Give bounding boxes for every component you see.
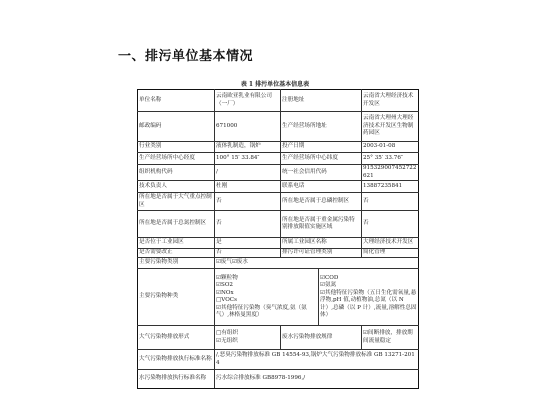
air-discharge-options: □有组织 ☑无组织 [215, 326, 281, 350]
label-cell: 所在地是否属于总磷控制区 [281, 193, 362, 211]
value-cell: 否 [362, 211, 419, 238]
label-cell: 技术负责人 [138, 181, 215, 193]
value-cell: 100° 15′ 33.84″ [215, 153, 281, 165]
air-pollutant-list: ☑颗粒物 ☑SO2 ☑NOx □VOCs ☑其他特征污染物（臭气浓度,氨（氨气）… [215, 269, 319, 325]
value-cell: 云南省大理州大理经济技术开发区生物制药园区 [362, 112, 419, 142]
label-cell: 联系电话 [281, 181, 362, 193]
value-cell: 污水综合排放标准 GB8978-1996,/ [215, 370, 419, 389]
checkbox-waste-gas: ☑废气 [216, 259, 232, 267]
pollutant-types-cell: ☑颗粒物 ☑SO2 ☑NOx □VOCs ☑其他特征污染物（臭气浓度,氨（氨气）… [215, 269, 419, 326]
value-cell: 云南省大理经济技术开发区 [362, 90, 419, 112]
table-row: 生产经营场所中心经度 100° 15′ 33.84″ 生产经营场所中心纬度 25… [138, 153, 419, 165]
label-cell: 所在地是否属于总氮控制区 [138, 211, 215, 238]
value-cell: 是 [215, 238, 281, 249]
label-cell: 是否需要改正 [138, 249, 215, 258]
checkbox-other-air: ☑其他特征污染物（臭气浓度,氨（氨气）,林格曼黑度） [216, 305, 317, 320]
checkbox-vocs: □VOCs [216, 297, 317, 305]
label-cell: 投产日期 [281, 142, 362, 153]
label-cell: 是否位于工业园区 [138, 238, 215, 249]
label-cell: 生产经营场所地址 [281, 112, 362, 142]
label-cell: 废水污染物排放规律 [281, 326, 362, 350]
value-cell: 915329007452722621 [362, 165, 419, 181]
label-cell: 所在地是否属于大气重点控制区 [138, 193, 215, 211]
checkbox-particulates: ☑颗粒物 [216, 275, 317, 283]
label-cell: 所在地是否属于重金属污染特别排放限值实施区域 [281, 211, 362, 238]
value-cell: 大理经济技术开发区 [362, 238, 419, 249]
value-cell: 13887235841 [362, 181, 419, 193]
label-cell: 注册地址 [281, 90, 362, 112]
label-cell: 生产经营场所中心经度 [138, 153, 215, 165]
checkbox-cod: ☑COD [320, 275, 417, 283]
label-cell: 主要污染物种类 [138, 269, 215, 326]
unit-info-table: 单位名称 云南欧亚乳业有限公司（一厂） 注册地址 云南省大理经济技术开发区 邮政… [137, 89, 419, 389]
table-row: 是否位于工业园区 是 所属工业园区名称 大理经济技术开发区 [138, 238, 419, 249]
label-cell: 大气污染物排放形式 [138, 326, 215, 350]
table-row: 主要污染物类别 ☑废气☑废水 [138, 258, 419, 269]
table-row: 组织机构代码 / 统一社会信用代码 915329007452722621 [138, 165, 419, 181]
value-cell: 简化管理 [362, 249, 419, 258]
label-cell: 组织机构代码 [138, 165, 215, 181]
checkbox-waste-water: ☑废水 [232, 259, 248, 267]
label-cell: 邮政编码 [138, 112, 215, 142]
value-cell: 2003-01-08 [362, 142, 419, 153]
table-row: 所在地是否属于大气重点控制区 否 所在地是否属于总磷控制区 否 [138, 193, 419, 211]
water-pollutant-list: ☑COD ☑氨氮 ☑其他特征污染物（五日生化需氧量,悬浮物,pH 值,动植物油,… [319, 269, 418, 325]
value-cell: 云南欧亚乳业有限公司（一厂） [215, 90, 281, 112]
pollutant-category-checkboxes: ☑废气☑废水 [215, 258, 419, 269]
table-row: 主要污染物种类 ☑颗粒物 ☑SO2 ☑NOx □VOCs ☑其他特征污染物（臭气… [138, 269, 419, 326]
value-cell: / [215, 165, 281, 181]
value-cell: 否 [215, 211, 281, 238]
label-cell: 统一社会信用代码 [281, 165, 362, 181]
table-row: 大气污染物排放执行标准名称 /,恶臭污染物排放标准 GB 14554-93,锅炉… [138, 350, 419, 370]
table-row: 是否需要改正 否 排污许可证管理类别 简化管理 [138, 249, 419, 258]
checkbox-so2: ☑SO2 [216, 282, 317, 290]
value-cell: 671000 [215, 112, 281, 142]
value-cell: 否 [362, 193, 419, 211]
table-row: 大气污染物排放形式 □有组织 ☑无组织 废水污染物排放规律 ☑间断排放，排放期间… [138, 326, 419, 350]
label-cell: 生产经营场所中心纬度 [281, 153, 362, 165]
value-cell: 否 [215, 193, 281, 211]
checkbox-organized: □有组织 [216, 330, 279, 338]
section-title: 一、排污单位基本情况 [118, 45, 253, 64]
table-caption: 表 1 排污单位基本信息表 [0, 79, 550, 88]
table-row: 单位名称 云南欧亚乳业有限公司（一厂） 注册地址 云南省大理经济技术开发区 [138, 90, 419, 112]
table-row: 技术负责人 杜刚 联系电话 13887235841 [138, 181, 419, 193]
label-cell: 水污染物排放执行标准名称 [138, 370, 215, 389]
value-cell: ☑间断排放，排放期间流量稳定 [362, 326, 419, 350]
label-cell: 排污许可证管理类别 [281, 249, 362, 258]
value-cell: 杜刚 [215, 181, 281, 193]
label-cell: 单位名称 [138, 90, 215, 112]
label-cell: 大气污染物排放执行标准名称 [138, 350, 215, 370]
label-cell: 主要污染物类别 [138, 258, 215, 269]
table-row: 邮政编码 671000 生产经营场所地址 云南省大理州大理经济技术开发区生物制药… [138, 112, 419, 142]
checkbox-nox: ☑NOx [216, 290, 317, 298]
value-cell: /,恶臭污染物排放标准 GB 14554-93,锅炉大气污染物排放标准 GB 1… [215, 350, 419, 370]
checkbox-other-water: ☑其他特征污染物（五日生化需氧量,悬浮物,pH 值,动植物油,总氮（以 N 计）… [320, 290, 417, 320]
value-cell: 25° 35′ 33.76″ [362, 153, 419, 165]
label-cell: 所属工业园区名称 [281, 238, 362, 249]
checkbox-ammonia-nitrogen: ☑氨氮 [320, 282, 417, 290]
label-cell: 行业类别 [138, 142, 215, 153]
table-row: 水污染物排放执行标准名称 污水综合排放标准 GB8978-1996,/ [138, 370, 419, 389]
table-row: 行业类别 液体乳制造，锅炉 投产日期 2003-01-08 [138, 142, 419, 153]
value-cell: 否 [215, 249, 281, 258]
table-row: 所在地是否属于总氮控制区 否 所在地是否属于重金属污染特别排放限值实施区域 否 [138, 211, 419, 238]
checkbox-unorganized: ☑无组织 [216, 338, 279, 346]
value-cell: 液体乳制造，锅炉 [215, 142, 281, 153]
